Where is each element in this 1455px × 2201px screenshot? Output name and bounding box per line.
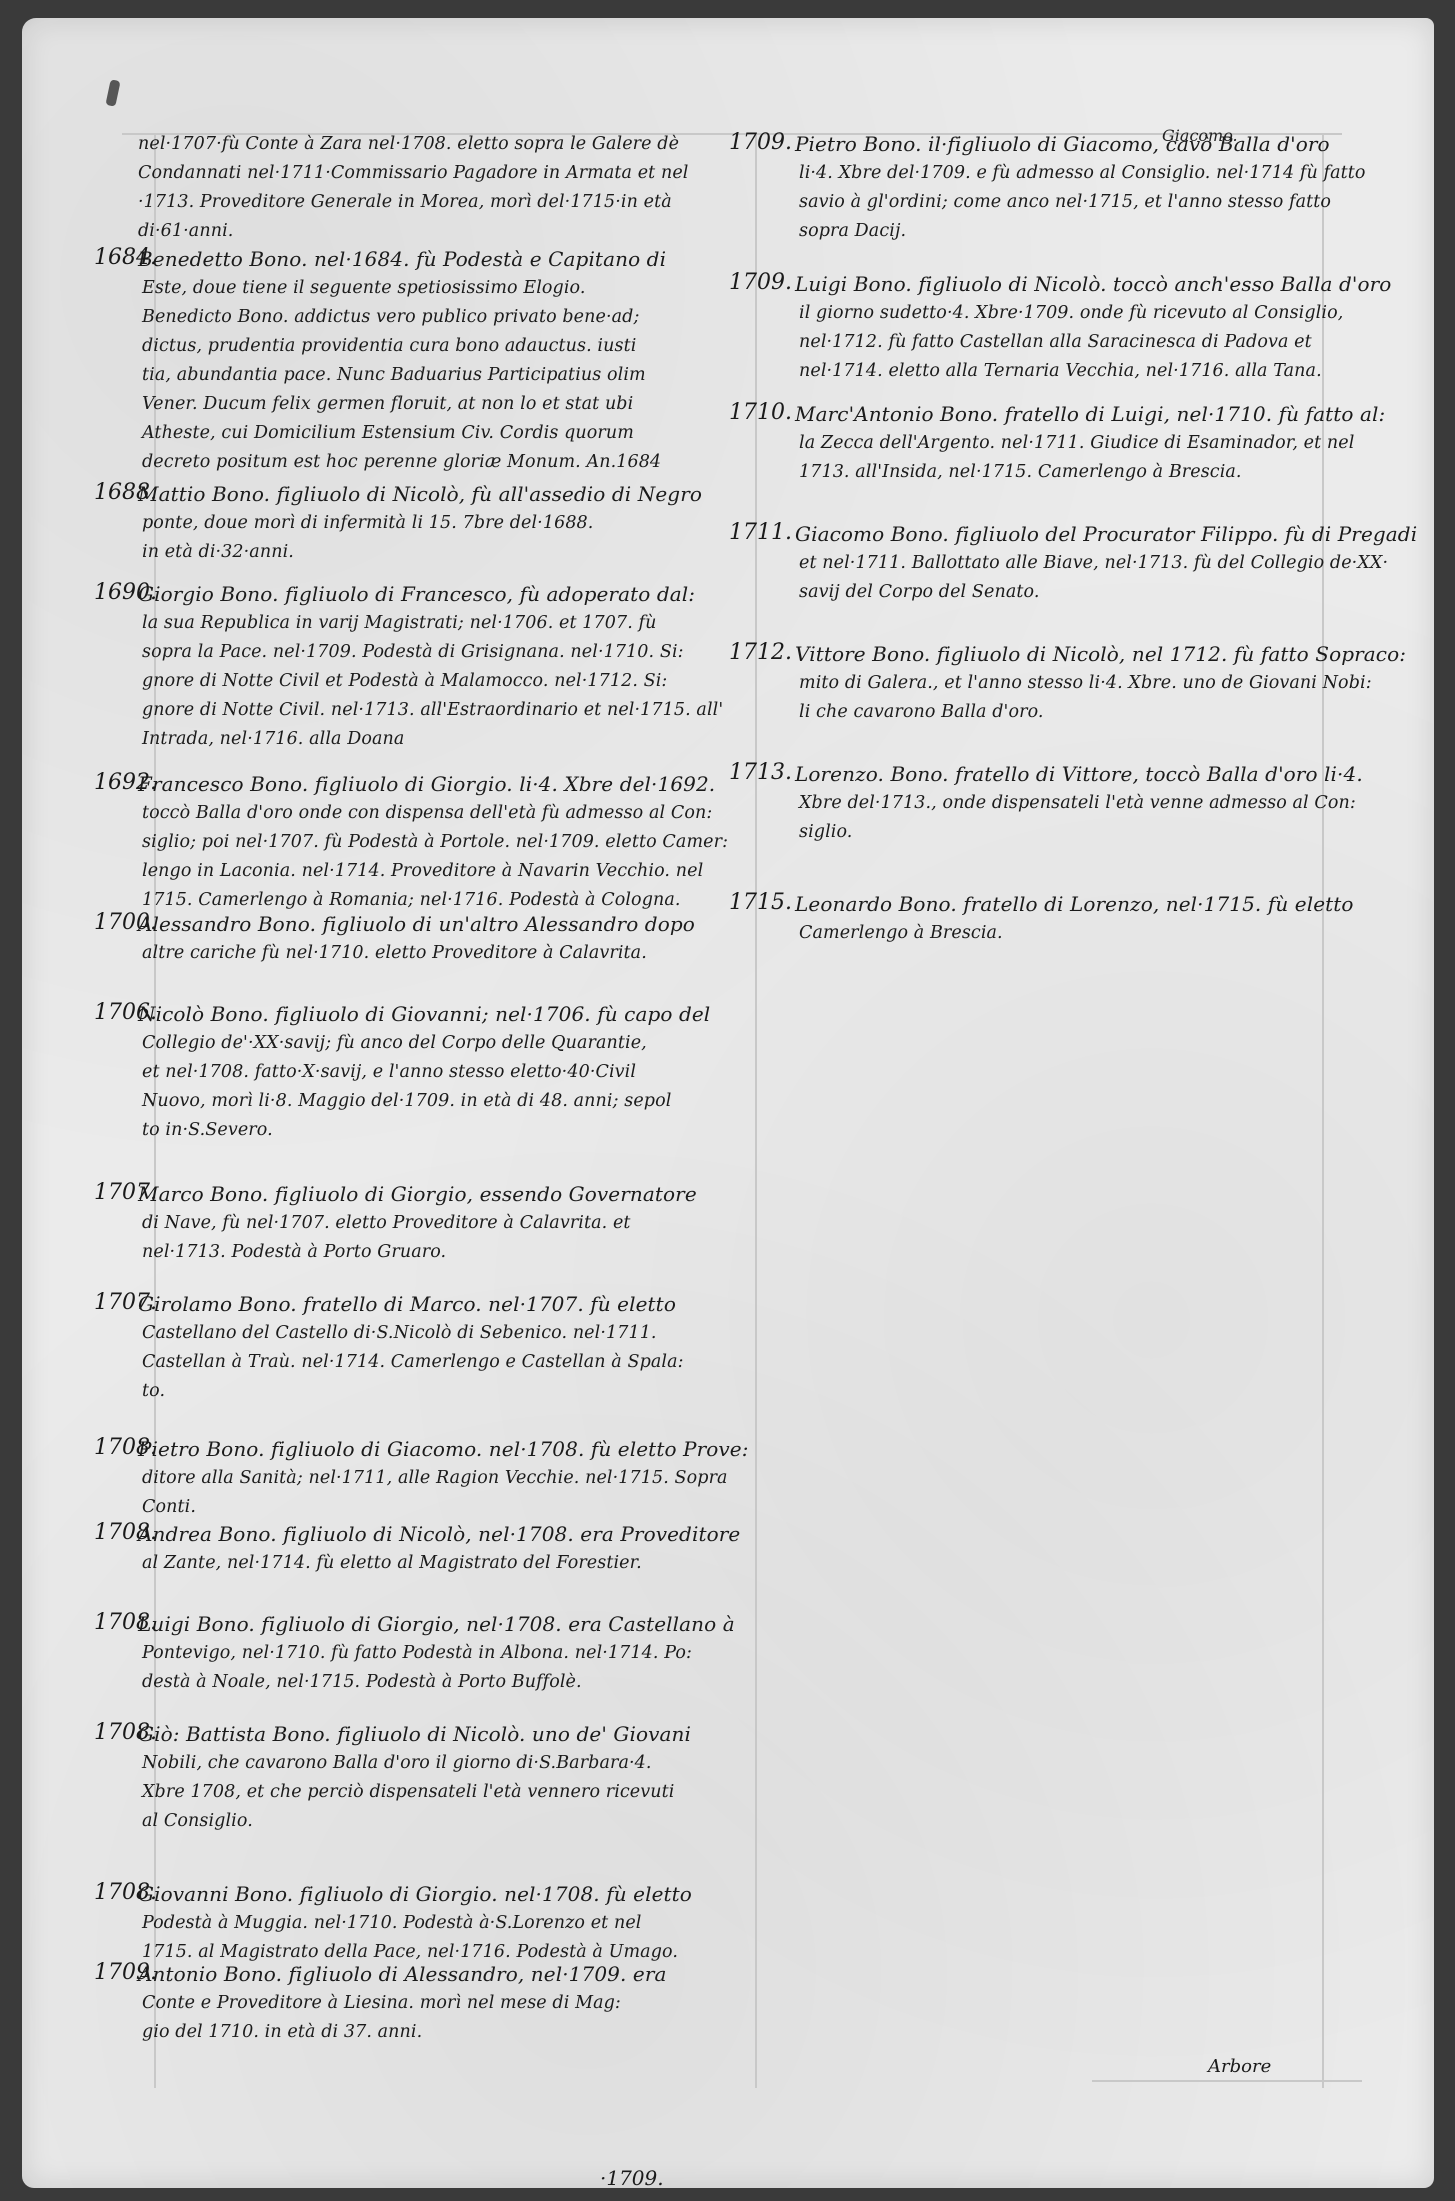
entry-line: savio à gl'ordini; come anco nel·1715, e… bbox=[795, 188, 1366, 217]
entry-line: Girolamo Bono. fratello di Marco. nel·17… bbox=[138, 1290, 684, 1319]
entry-line: to in·S.Severo. bbox=[138, 1116, 710, 1145]
entry-text: Alessandro Bono. figliuolo di un'altro A… bbox=[138, 910, 695, 968]
entry-line: al Consiglio. bbox=[138, 1807, 691, 1836]
entry-text: Luigi Bono. figliuolo di Giorgio, nel·17… bbox=[138, 1610, 735, 1697]
entry-line: nel·1712. fù fatto Castellan alla Saraci… bbox=[795, 328, 1391, 357]
entry-year: 1713. bbox=[729, 760, 792, 785]
ink-blot bbox=[105, 79, 120, 107]
entry-line: Alessandro Bono. figliuolo di un'altro A… bbox=[138, 910, 695, 939]
entry-line: Vittore Bono. figliuolo di Nicolò, nel 1… bbox=[795, 640, 1406, 669]
entry-year: 1709. bbox=[729, 270, 792, 295]
entry-line: gnore di Notte Civil. nel·1713. all'Estr… bbox=[138, 696, 723, 725]
entry-line: Camerlengo à Brescia. bbox=[795, 919, 1354, 948]
entry-line: ·1713. Proveditore Generale in Morea, mo… bbox=[138, 188, 689, 217]
entry-line: Xbre del·1713., onde dispensateli l'età … bbox=[795, 789, 1363, 818]
entry-text: Luigi Bono. figliuolo di Nicolò. toccò a… bbox=[795, 270, 1391, 386]
entry-text: Girolamo Bono. fratello di Marco. nel·17… bbox=[138, 1290, 684, 1406]
entry-line: siglio; poi nel·1707. fù Podestà à Porto… bbox=[138, 828, 728, 857]
entry-line: altre cariche fù nel·1710. eletto Proved… bbox=[138, 939, 695, 968]
entry-line: to. bbox=[138, 1377, 684, 1406]
entry-line: sopra la Pace. nel·1709. Podestà di Gris… bbox=[138, 638, 723, 667]
entry-line: li che cavarono Balla d'oro. bbox=[795, 698, 1406, 727]
entry-text: nel·1707·fù Conte à Zara nel·1708. elett… bbox=[138, 130, 689, 246]
entry-year: 1709. bbox=[729, 130, 792, 155]
entry-text: Vittore Bono. figliuolo di Nicolò, nel 1… bbox=[795, 640, 1406, 727]
entry-text: Giò: Battista Bono. figliuolo di Nicolò.… bbox=[138, 1720, 691, 1836]
entry-line: Giacomo Bono. figliuolo del Procurator F… bbox=[795, 520, 1417, 549]
entry-line: Conti. bbox=[138, 1493, 749, 1522]
interlinear-correction: Giacomo. bbox=[1162, 126, 1238, 145]
entry-line: Andrea Bono. figliuolo di Nicolò, nel·17… bbox=[138, 1520, 740, 1549]
entry-line: di Nave, fù nel·1707. eletto Proveditore… bbox=[138, 1209, 697, 1238]
column-divider-rule bbox=[755, 133, 757, 2088]
entry-line: Xbre 1708, et che perciò dispensateli l'… bbox=[138, 1778, 691, 1807]
entry-line: 1713. all'Insida, nel·1715. Camerlengo à… bbox=[795, 458, 1385, 487]
entry-line: Pontevigo, nel·1710. fù fatto Podestà in… bbox=[138, 1639, 735, 1668]
entry-line: Luigi Bono. figliuolo di Nicolò. toccò a… bbox=[795, 270, 1391, 299]
bottom-rule bbox=[1092, 2080, 1362, 2082]
entry-year: 1715. bbox=[729, 890, 792, 915]
entry-line: il giorno sudetto·4. Xbre·1709. onde fù … bbox=[795, 299, 1391, 328]
entry-line: Luigi Bono. figliuolo di Giorgio, nel·17… bbox=[138, 1610, 735, 1639]
entry-text: Lorenzo. Bono. fratello di Vittore, tocc… bbox=[795, 760, 1363, 847]
entry-line: Benedicto Bono. addictus vero publico pr… bbox=[138, 303, 666, 332]
entry-line: Podestà à Muggia. nel·1710. Podestà à·S.… bbox=[138, 1909, 692, 1938]
entry-line: Antonio Bono. figliuolo di Alessandro, n… bbox=[138, 1960, 667, 1989]
entry-text: Pietro Bono. figliuolo di Giacomo. nel·1… bbox=[138, 1435, 749, 1522]
entry-line: di·61·anni. bbox=[138, 217, 689, 246]
entry-line: Lorenzo. Bono. fratello di Vittore, tocc… bbox=[795, 760, 1363, 789]
entry-line: Collegio de'·XX·savij; fù anco del Corpo… bbox=[138, 1029, 710, 1058]
entry-year: 1710. bbox=[729, 400, 792, 425]
entry-line: Nobili, che cavarono Balla d'oro il gior… bbox=[138, 1749, 691, 1778]
entry-line: ponte, doue morì di infermità li 15. 7br… bbox=[138, 509, 702, 538]
entry-text: Andrea Bono. figliuolo di Nicolò, nel·17… bbox=[138, 1520, 740, 1578]
entry-line: decreto positum est hoc perenne gloriæ M… bbox=[138, 448, 666, 477]
entry-line: tia, abundantia pace. Nunc Baduarius Par… bbox=[138, 361, 666, 390]
entry-line: Este, doue tiene il seguente spetiosissi… bbox=[138, 274, 666, 303]
entry-text: Giacomo Bono. figliuolo del Procurator F… bbox=[795, 520, 1417, 607]
entry-line: dictus, prudentia providentia cura bono … bbox=[138, 332, 666, 361]
entry-line: destà à Noale, nel·1715. Podestà à Porto… bbox=[138, 1668, 735, 1697]
entry-line: al Zante, nel·1714. fù eletto al Magistr… bbox=[138, 1549, 740, 1578]
entry-line: Marc'Antonio Bono. fratello di Luigi, ne… bbox=[795, 400, 1385, 429]
entry-text: Marco Bono. figliuolo di Giorgio, essend… bbox=[138, 1180, 697, 1267]
entry-line: Giò: Battista Bono. figliuolo di Nicolò.… bbox=[138, 1720, 691, 1749]
entry-text: Giovanni Bono. figliuolo di Giorgio. nel… bbox=[138, 1880, 692, 1967]
entry-line: et nel·1708. fatto·X·savij, e l'anno ste… bbox=[138, 1058, 710, 1087]
entry-line: Mattio Bono. figliuolo di Nicolò, fù all… bbox=[138, 480, 702, 509]
entry-line: ditore alla Sanità; nel·1711, alle Ragio… bbox=[138, 1464, 749, 1493]
entry-text: Francesco Bono. figliuolo di Giorgio. li… bbox=[138, 770, 728, 915]
entry-line: Intrada, nel·1716. alla Doana bbox=[138, 725, 723, 754]
manuscript-page: nel·1707·fù Conte à Zara nel·1708. elett… bbox=[22, 18, 1434, 2188]
entry-line: Castellan à Traù. nel·1714. Camerlengo e… bbox=[138, 1348, 684, 1377]
page-footer-year: ·1709. bbox=[600, 2166, 664, 2190]
entry-line: gio del 1710. in età di 37. anni. bbox=[138, 2018, 667, 2047]
entry-text: Marc'Antonio Bono. fratello di Luigi, ne… bbox=[795, 400, 1385, 487]
entry-text: Mattio Bono. figliuolo di Nicolò, fù all… bbox=[138, 480, 702, 567]
entry-line: Nicolò Bono. figliuolo di Giovanni; nel·… bbox=[138, 1000, 710, 1029]
entry-line: in età di·32·anni. bbox=[138, 538, 702, 567]
entry-text: Pietro Bono. il·figliuolo di Giacomo, ca… bbox=[795, 130, 1366, 246]
entry-line: gnore di Notte Civil et Podestà à Malamo… bbox=[138, 667, 723, 696]
entry-line: mito di Galera., et l'anno stesso li·4. … bbox=[795, 669, 1406, 698]
entry-line: li·4. Xbre del·1709. e fù admesso al Con… bbox=[795, 159, 1366, 188]
entry-line: Giovanni Bono. figliuolo di Giorgio. nel… bbox=[138, 1880, 692, 1909]
entry-line: Benedetto Bono. nel·1684. fù Podestà e C… bbox=[138, 245, 666, 274]
entry-text: Giorgio Bono. figliuolo di Francesco, fù… bbox=[138, 580, 723, 754]
entry-text: Nicolò Bono. figliuolo di Giovanni; nel·… bbox=[138, 1000, 710, 1145]
entry-line: Francesco Bono. figliuolo di Giorgio. li… bbox=[138, 770, 728, 799]
entry-line: Leonardo Bono. fratello di Lorenzo, nel·… bbox=[795, 890, 1354, 919]
entry-line: et nel·1711. Ballottato alle Biave, nel·… bbox=[795, 549, 1417, 578]
entry-text: Benedetto Bono. nel·1684. fù Podestà e C… bbox=[138, 245, 666, 477]
entry-line: Giorgio Bono. figliuolo di Francesco, fù… bbox=[138, 580, 723, 609]
entry-line: savij del Corpo del Senato. bbox=[795, 578, 1417, 607]
entry-line: toccò Balla d'oro onde con dispensa dell… bbox=[138, 799, 728, 828]
entry-line: nel·1713. Podestà à Porto Gruaro. bbox=[138, 1238, 697, 1267]
entry-line: Marco Bono. figliuolo di Giorgio, essend… bbox=[138, 1180, 697, 1209]
entry-year: 1711. bbox=[729, 520, 792, 545]
entry-line: Castellano del Castello di·S.Nicolò di S… bbox=[138, 1319, 684, 1348]
entry-line: Vener. Ducum felix germen floruit, at no… bbox=[138, 390, 666, 419]
entry-line: sopra Dacij. bbox=[795, 217, 1366, 246]
entry-line: Condannati nel·1711·Commissario Pagadore… bbox=[138, 159, 689, 188]
entry-line: Pietro Bono. il·figliuolo di Giacomo, ca… bbox=[795, 130, 1366, 159]
entry-line: nel·1714. eletto alla Ternaria Vecchia, … bbox=[795, 357, 1391, 386]
entry-text: Leonardo Bono. fratello di Lorenzo, nel·… bbox=[795, 890, 1354, 948]
entry-line: nel·1707·fù Conte à Zara nel·1708. elett… bbox=[138, 130, 689, 159]
entry-text: Antonio Bono. figliuolo di Alessandro, n… bbox=[138, 1960, 667, 2047]
entry-year: 1712. bbox=[729, 640, 792, 665]
entry-line: Pietro Bono. figliuolo di Giacomo. nel·1… bbox=[138, 1435, 749, 1464]
catchword: Arbore bbox=[1208, 2056, 1271, 2077]
entry-line: Nuovo, morì li·8. Maggio del·1709. in et… bbox=[138, 1087, 710, 1116]
entry-line: la sua Republica in varij Magistrati; ne… bbox=[138, 609, 723, 638]
entry-line: lengo in Laconia. nel·1714. Proveditore … bbox=[138, 857, 728, 886]
entry-line: siglio. bbox=[795, 818, 1363, 847]
entry-line: Conte e Proveditore à Liesina. morì nel … bbox=[138, 1989, 667, 2018]
entry-line: Atheste, cui Domicilium Estensium Civ. C… bbox=[138, 419, 666, 448]
entry-line: la Zecca dell'Argento. nel·1711. Giudice… bbox=[795, 429, 1385, 458]
